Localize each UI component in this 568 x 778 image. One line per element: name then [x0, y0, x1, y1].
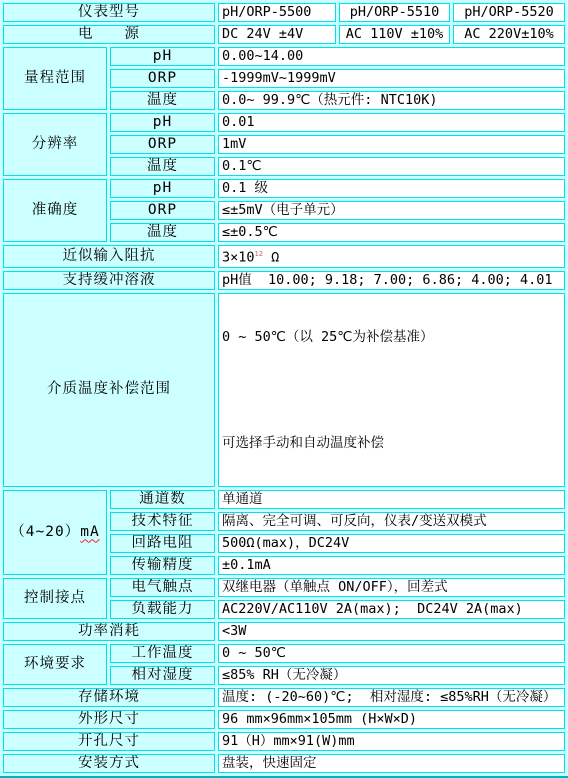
model-value-5520: pH/ORP-5520 [453, 3, 565, 22]
env-temp-key: 工作温度 [110, 644, 215, 663]
row-model: 仪表型号 pH/ORP-5500 pH/ORP-5510 pH/ORP-5520 [3, 3, 565, 22]
temp-comp-gap [222, 380, 561, 401]
accuracy-temp-value: ≤±0.5℃ [218, 223, 565, 242]
model-value-5510: pH/ORP-5510 [339, 3, 450, 22]
env-humidity-key: 相对湿度 [110, 666, 215, 685]
resolution-ph-key: pH [110, 113, 215, 132]
power-use-label: 功率消耗 [3, 622, 215, 641]
accuracy-orp-key: ORP [110, 201, 215, 220]
env-temp-value: 0 ~ 50℃ [218, 644, 565, 663]
output-loop-key: 回路电阻 [110, 534, 215, 553]
range-ph-key: pH [110, 47, 215, 66]
row-cutout: 开孔尺寸 91（H）mm×91(W)mm [3, 732, 565, 751]
row-mounting: 安装方式 盘装，快速固定 [3, 754, 565, 773]
env-humidity-value: ≤85% RH（无冷凝） [218, 666, 565, 685]
impedance-unit: Ω [263, 250, 279, 266]
output-features-value: 隔离、完全可调、可反向，仪表/变送双模式 [218, 512, 565, 531]
impedance-base: 3×10 [222, 250, 255, 266]
resolution-ph-value: 0.01 [218, 113, 565, 132]
range-orp-key: ORP [110, 69, 215, 88]
power-label: 电 源 [3, 25, 215, 44]
output-label-range: （4~20） [10, 524, 80, 540]
row-storage: 存储环境 温度: (-20~60)℃; 相对湿度: ≤85%RH（无冷凝） [3, 688, 565, 707]
range-temp-key: 温度 [110, 91, 215, 110]
output-label-unit: mA [80, 524, 99, 540]
accuracy-ph-key: pH [110, 179, 215, 198]
row-accuracy-ph: 准确度 pH 0.1 级 [3, 179, 565, 198]
resolution-group-label: 分辨率 [3, 113, 107, 176]
range-temp-value: 0.0~ 99.9℃（热元件: NTC10K) [218, 91, 565, 110]
power-value-ac110: AC 110V ±10% [339, 25, 450, 44]
model-label: 仪表型号 [3, 3, 215, 22]
buffers-label: 支持缓冲溶液 [3, 271, 215, 290]
mounting-value: 盘装，快速固定 [218, 754, 565, 773]
power-value-ac220: AC 220V±10% [453, 25, 565, 44]
output-channels-value: 单通道 [218, 490, 565, 509]
resolution-temp-value: 0.1℃ [218, 157, 565, 176]
row-buffers: 支持缓冲溶液 pH值 10.00; 9.18; 7.00; 6.86; 4.00… [3, 271, 565, 290]
spec-table: 仪表型号 pH/ORP-5500 pH/ORP-5510 pH/ORP-5520… [0, 0, 568, 778]
row-control-contact: 控制接点 电气触点 双继电器（单触点 ON/OFF），回差式 [3, 578, 565, 597]
temp-comp-line2: 可选择手动和自动温度补偿 [222, 435, 561, 452]
accuracy-temp-key: 温度 [110, 223, 215, 242]
output-features-key: 技术特征 [110, 512, 215, 531]
accuracy-group-label: 准确度 [3, 179, 107, 242]
row-power-consumption: 功率消耗 <3W [3, 622, 565, 641]
model-value-5500: pH/ORP-5500 [218, 3, 336, 22]
row-env-temp: 环境要求 工作温度 0 ~ 50℃ [3, 644, 565, 663]
power-value-dc: DC 24V ±4V [218, 25, 336, 44]
accuracy-ph-value: 0.1 级 [218, 179, 565, 198]
row-impedance: 近似输入阻抗 3×1012 Ω [3, 245, 565, 268]
row-dimensions: 外形尺寸 96 mm×96mm×105mm (H×W×D) [3, 710, 565, 729]
mounting-label: 安装方式 [3, 754, 215, 773]
resolution-orp-value: 1mV [218, 135, 565, 154]
resolution-temp-key: 温度 [110, 157, 215, 176]
cutout-label: 开孔尺寸 [3, 732, 215, 751]
impedance-exponent: 12 [255, 250, 263, 258]
cutout-value: 91（H）mm×91(W)mm [218, 732, 565, 751]
resolution-orp-key: ORP [110, 135, 215, 154]
dimensions-label: 外形尺寸 [3, 710, 215, 729]
row-output-channels: （4~20）mA 通道数 单通道 [3, 490, 565, 509]
control-contact-key: 电气触点 [110, 578, 215, 597]
output-precision-value: ±0.1mA [218, 556, 565, 575]
row-power-supply: 电 源 DC 24V ±4V AC 110V ±10% AC 220V±10% [3, 25, 565, 44]
storage-value: 温度: (-20~60)℃; 相对湿度: ≤85%RH（无冷凝） [218, 688, 565, 707]
temp-comp-label: 介质温度补偿范围 [3, 293, 215, 487]
control-load-key: 负载能力 [110, 600, 215, 619]
buffers-value: pH值 10.00; 9.18; 7.00; 6.86; 4.00; 4.01 [218, 271, 565, 290]
output-precision-key: 传输精度 [110, 556, 215, 575]
storage-label: 存储环境 [3, 688, 215, 707]
range-group-label: 量程范围 [3, 47, 107, 110]
impedance-value: 3×1012 Ω [218, 245, 565, 268]
range-orp-value: -1999mV~1999mV [218, 69, 565, 88]
range-ph-value: 0.00~14.00 [218, 47, 565, 66]
control-group-label: 控制接点 [3, 578, 107, 619]
row-temp-compensation: 介质温度补偿范围 0 ~ 50℃（以 25℃为补偿基准） 可选择手动和自动温度补… [3, 293, 565, 487]
output-loop-value: 500Ω(max)，DC24V [218, 534, 565, 553]
control-load-value: AC220V/AC110V 2A(max); DC24V 2A(max) [218, 600, 565, 619]
temp-comp-value: 0 ~ 50℃（以 25℃为补偿基准） 可选择手动和自动温度补偿 [218, 293, 565, 487]
output-group-label: （4~20）mA [3, 490, 107, 575]
environment-group-label: 环境要求 [3, 644, 107, 685]
row-range-ph: 量程范围 pH 0.00~14.00 [3, 47, 565, 66]
accuracy-orp-value: ≤±5mV（电子单元） [218, 201, 565, 220]
impedance-label: 近似输入阻抗 [3, 245, 215, 268]
dimensions-value: 96 mm×96mm×105mm (H×W×D) [218, 710, 565, 729]
temp-comp-line1: 0 ~ 50℃（以 25℃为补偿基准） [222, 329, 561, 346]
power-use-value: <3W [218, 622, 565, 641]
output-channels-key: 通道数 [110, 490, 215, 509]
control-contact-value: 双继电器（单触点 ON/OFF），回差式 [218, 578, 565, 597]
row-resolution-ph: 分辨率 pH 0.01 [3, 113, 565, 132]
